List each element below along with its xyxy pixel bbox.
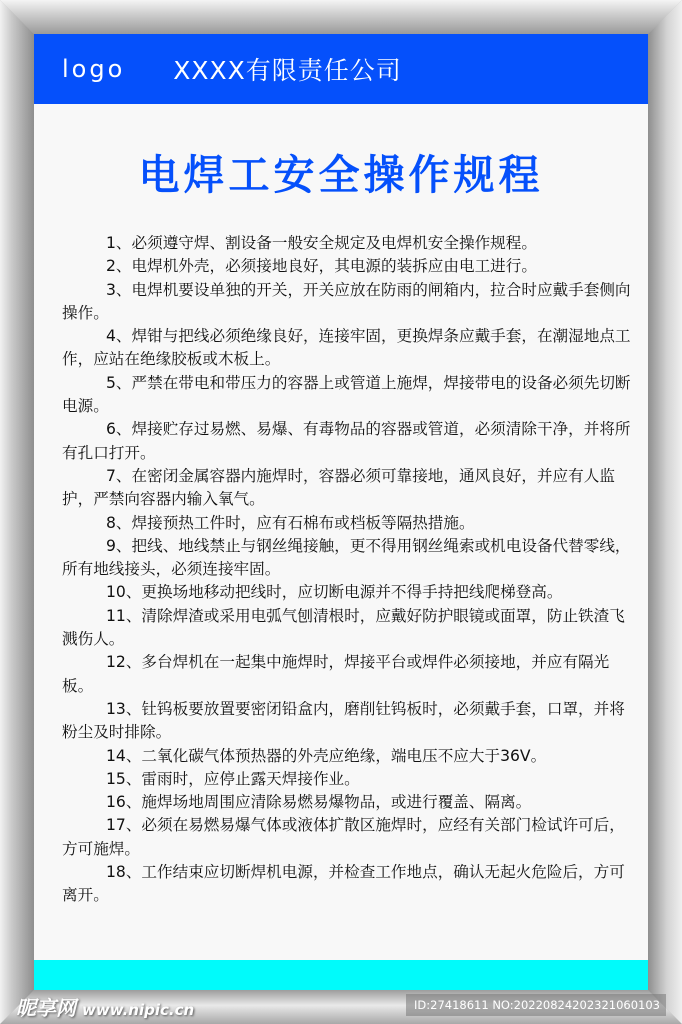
rule-item: 3、电焊机要设单独的开关，开关应放在防雨的闸箱内，拉合时应戴手套侧向操作。 bbox=[62, 279, 634, 326]
frame-bevel-left bbox=[0, 0, 34, 1024]
rule-item: 7、在密闭金属容器内施焊时，容器必须可靠接地，通风良好，并应有人监护，严禁向容器… bbox=[62, 465, 634, 512]
watermark-id: ID:27418611 NO:20220824202321060103 bbox=[406, 994, 666, 1016]
watermark-brand: 昵享网www.nipic.cn bbox=[16, 992, 194, 1021]
page-title: 电焊工安全操作规程 bbox=[34, 142, 648, 201]
rule-item: 11、清除焊渣或采用电弧气刨清根时，应戴好防护眼镜或面罩，防止铁渣飞溅伤人。 bbox=[62, 605, 634, 652]
logo-placeholder: logo bbox=[62, 55, 125, 83]
rule-item: 5、严禁在带电和带压力的容器上或管道上施焊，焊接带电的设备必须先切断电源。 bbox=[62, 372, 634, 419]
rule-item: 2、电焊机外壳，必须接地良好，其电源的装拆应由电工进行。 bbox=[62, 255, 634, 278]
rule-item: 6、焊接贮存过易燃、易爆、有毒物品的容器或管道，必须清除干净，并将所有孔口打开。 bbox=[62, 418, 634, 465]
rule-item: 12、多台焊机在一起集中施焊时，焊接平台或焊件必须接地，并应有隔光板。 bbox=[62, 651, 634, 698]
rule-item: 16、施焊场地周围应清除易燃易爆物品，或进行覆盖、隔离。 bbox=[62, 791, 634, 814]
footer-cyan-band bbox=[34, 960, 648, 990]
rule-item: 13、钍钨板要放置要密闭铅盒内，磨削钍钨板时，必须戴手套，口罩，并将粉尘及时排除… bbox=[62, 698, 634, 745]
rule-item: 14、二氧化碳气体预热器的外壳应绝缘，端电压不应大于36V。 bbox=[62, 745, 634, 768]
frame-bevel-top bbox=[0, 0, 682, 34]
sign-panel: logo XXXX有限责任公司 电焊工安全操作规程 1、必须遵守焊、割设备一般安… bbox=[34, 34, 648, 990]
frame-bevel-right bbox=[648, 0, 682, 1024]
rule-item: 9、把线、地线禁止与钢丝绳接触，更不得用钢丝绳索或机电设备代替零线，所有地线接头… bbox=[62, 535, 634, 582]
rule-item: 15、雷雨时，应停止露天焊接作业。 bbox=[62, 768, 634, 791]
rule-item: 10、更换场地移动把线时，应切断电源并不得手持把线爬梯登高。 bbox=[62, 581, 634, 604]
header-bar: logo XXXX有限责任公司 bbox=[34, 34, 648, 104]
rule-item: 18、工作结束应切断焊机电源，并检查工作地点，确认无起火危险后，方可离开。 bbox=[62, 861, 634, 908]
rule-item: 1、必须遵守焊、割设备一般安全规定及电焊机安全操作规程。 bbox=[62, 232, 634, 255]
rules-list: 1、必须遵守焊、割设备一般安全规定及电焊机安全操作规程。 2、电焊机外壳，必须接… bbox=[62, 232, 634, 908]
watermark-url: www.nipic.cn bbox=[82, 1001, 194, 1019]
watermark-brand-text: 昵享网 bbox=[16, 996, 76, 1020]
rule-item: 4、焊钳与把线必须绝缘良好，连接牢固，更换焊条应戴手套，在潮湿地点工作，应站在绝… bbox=[62, 325, 634, 372]
rule-item: 17、必须在易燃易爆气体或液体扩散区施焊时，应经有关部门检试许可后，方可施焊。 bbox=[62, 814, 634, 861]
rule-item: 8、焊接预热工件时，应有石棉布或档板等隔热措施。 bbox=[62, 512, 634, 535]
company-name: XXXX有限责任公司 bbox=[173, 51, 402, 87]
